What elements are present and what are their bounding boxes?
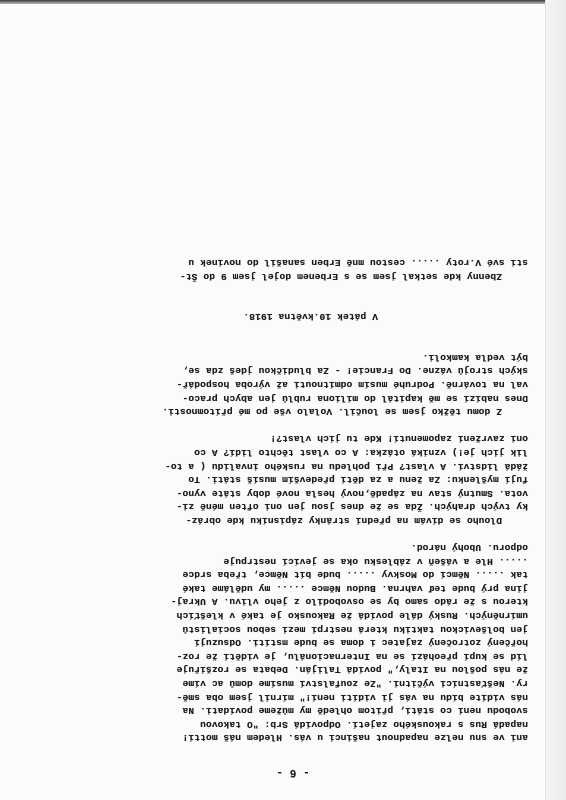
date-line: V pátek 10.května 1918. — [58, 310, 528, 324]
text-line: ských strojů vázne. Do Francie! - Za blu… — [58, 364, 528, 378]
date-heading: V pátek 10.května 1918. — [58, 310, 528, 324]
text-line: ry. Nešťastníci výčitní. "Ze zoufalství … — [58, 676, 528, 690]
text-line: kterou s že rádo samo by se osvobodilo z… — [58, 595, 528, 609]
text-line: že nás pošlou na Italy," povídá Taliján.… — [58, 663, 528, 677]
paragraph-1: ani ve snu nelze napadnout našinci u vás… — [58, 541, 528, 745]
paragraph-3: Z domu těžko jsem se loučil. Volalo vše … — [58, 350, 528, 418]
text-line: svobodu není co státi, přitom ohledě my … — [58, 704, 528, 718]
text-line: být vedla kamkoli. — [58, 350, 528, 364]
text-line: jen bolševickou taktiku která nestrpí me… — [58, 622, 528, 636]
paragraph-2: Dlouho se dívám na přední stránky zápisn… — [58, 432, 528, 527]
text-line: žádá lidství. A vlast? Při pohledu na ru… — [58, 459, 528, 473]
text-line: Zbenny kde setkal jsem se s Erbenem doje… — [58, 269, 528, 283]
text-line: ani ve snu nelze napadnout našinci u vás… — [58, 731, 528, 745]
text-line: Dnes nabízí se mě kapitál do miliona rub… — [58, 391, 528, 405]
text-line: lik jich je!) vzniká otázka: A co vlast … — [58, 445, 528, 459]
text-line: ..... Hle a vášeň v záblesku oka se jeví… — [58, 554, 528, 568]
text-line: fují myšlenku: Za ženu a za dětí předevš… — [58, 473, 528, 487]
paragraph-gap — [58, 418, 528, 432]
page-rotated-180: - 6 - ani ve snu nelze napadnout našinci… — [0, 0, 566, 800]
text-line: stí své V.roty ..... cestou mně Erben sa… — [58, 255, 528, 269]
typewritten-text: - 6 - ani ve snu nelze napadnout našinci… — [58, 255, 528, 778]
scanned-page: - 6 - ani ve snu nelze napadnout našinci… — [0, 0, 566, 800]
text-line: ky tvých drahých. Žda se že dnes jsou je… — [58, 500, 528, 514]
text-line: Z domu těžko jsem se loučil. Volalo vše … — [58, 405, 528, 419]
paragraph-gap — [58, 323, 528, 350]
text-line: odporu. Ubohý národ. — [58, 541, 528, 555]
paragraph-5: Zbenny kde setkal jsem se s Erbenem doje… — [58, 255, 528, 282]
text-line: jina prý bude teď vahrna. Budou Němce ..… — [58, 581, 528, 595]
text-line: vota. Smutný stav na západě,nový hesla n… — [58, 486, 528, 500]
text-line: líd se kupí přeohází se na Internacionál… — [58, 649, 528, 663]
text-line: val na továrně. Podruhé musím odmítnouti… — [58, 377, 528, 391]
page-number: - 6 - — [58, 764, 528, 778]
text-line: nás vidíte bídu na vás ji vidíti není!" … — [58, 690, 528, 704]
text-line: Dlouho se dívám na přední stránky zápisn… — [58, 513, 528, 527]
text-line: oni zavržení zapomenutí! Kde tu jich vla… — [58, 432, 528, 446]
paragraph-gap — [58, 527, 528, 541]
paragraph-gap — [58, 283, 528, 310]
text-line: tak ..... Němcí do Moskvy ..... bude bít… — [58, 568, 528, 582]
text-line: umírněných. Ruský dále povídá že Rakousk… — [58, 608, 528, 622]
text-line: napadá Rus s rakouského zajetí. Odpovídá… — [58, 717, 528, 731]
text-line: hořčený zotročený zajatec i doma se bude… — [58, 636, 528, 650]
